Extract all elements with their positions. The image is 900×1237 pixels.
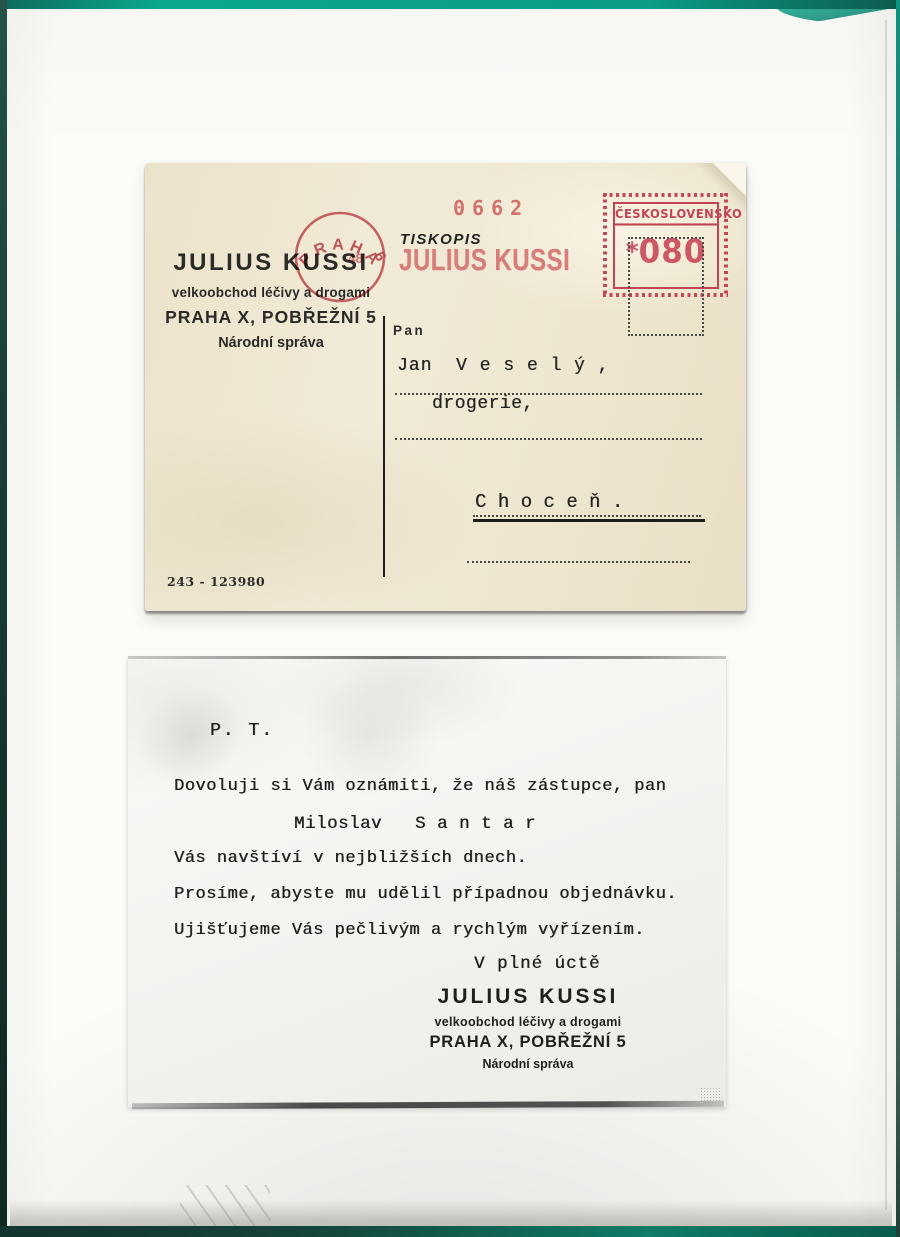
sheet-edge-line <box>885 20 887 1210</box>
svg-text:PRAHA: PRAHA <box>296 237 385 272</box>
letter-body-line: Prosíme, abyste mu udělil případnou obje… <box>174 885 677 904</box>
letter-body-line: Dovoluji si Vám oznámiti, že náš zástupc… <box>174 777 666 796</box>
signature-block: JULIUS KUSSI velkoobchod léčivy a drogam… <box>383 985 673 1071</box>
stamp-perforation-top <box>603 193 728 197</box>
city-underline <box>473 519 705 522</box>
letter-body-line: Vás navštíví v nejbližších dnech. <box>174 849 527 868</box>
signature-company-name: JULIUS KUSSI <box>383 985 673 1009</box>
letter-body-representative-name: Miloslav S a n t a r <box>294 814 536 834</box>
address-salutation: Pan <box>393 323 425 338</box>
meter-counter-number: 0662 <box>453 196 529 220</box>
addressee-business: drogerie, <box>432 394 534 414</box>
sheet-bottom-shadow <box>10 1200 892 1226</box>
photocopy-speckle <box>700 1087 722 1103</box>
stamp-placement-dotted-box <box>628 237 704 336</box>
scanner-edge-top <box>0 0 900 9</box>
address-ruled-line <box>473 515 701 517</box>
scanner-edge-right <box>896 0 900 1237</box>
signature-business: velkoobchod léčivy a drogami <box>383 1015 673 1029</box>
postmark-city: PRAHA <box>296 237 385 272</box>
sender-administration: Národní správa <box>161 335 381 351</box>
address-ruled-line <box>467 561 690 563</box>
card-divider-line <box>383 316 385 577</box>
signature-address: PRAHA X, POBŘEŽNÍ 5 <box>383 1033 673 1052</box>
meter-company-name: JULIUS KUSSI <box>399 243 570 278</box>
sender-address: PRAHA X, POBŘEŽNÍ 5 <box>161 307 381 328</box>
signature-administration: Národní správa <box>383 1057 673 1071</box>
address-ruled-line <box>395 438 702 440</box>
addressee-name: Jan V e s e l ý , <box>397 356 609 376</box>
letter-card: P. T. Dovoluji si Vám oznámiti, že náš z… <box>128 657 726 1107</box>
letter-closing: V plné úctě <box>474 954 601 974</box>
printers-code: 243 - 123980 <box>167 574 265 589</box>
postcard-front: JULIUS KUSSI velkoobchod léčivy a drogam… <box>145 163 746 611</box>
postmark-date: 48 <box>348 251 364 266</box>
stamp-perforation-left <box>603 193 607 297</box>
postmark-stamp-icon: PRAHA 6 48 <box>290 207 390 307</box>
letter-body-line: Ujišťujeme Vás pečlivým a rychlým vyříze… <box>174 921 645 940</box>
addressee-city: C h o c e ň . <box>475 491 623 513</box>
scanner-edge-bottom <box>0 1226 900 1237</box>
stamp-country-name: ČESKOSLOVENSKO <box>615 203 717 225</box>
scanner-edge-left <box>0 0 7 1237</box>
letter-salutation: P. T. <box>210 721 274 741</box>
